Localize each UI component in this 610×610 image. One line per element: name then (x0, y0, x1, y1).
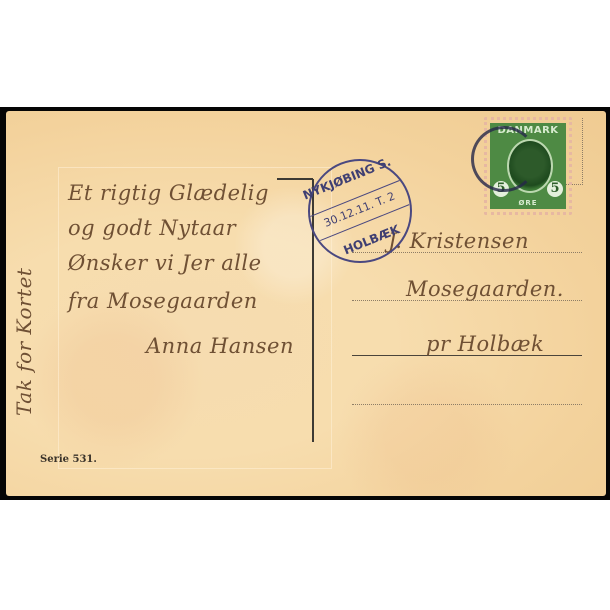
stamp-cancel-mark (471, 126, 537, 192)
signature: Anna Hansen (146, 334, 294, 358)
message-line-1: Et rigtig Glædelig (68, 181, 269, 205)
message-line-3: Ønsker vi Jer alle (68, 251, 262, 275)
address-farm: Mosegaarden. (406, 277, 564, 301)
address-town: pr Holbæk (426, 332, 544, 356)
stamp-denomination: ØRE (490, 199, 566, 207)
side-note: Tak for Kortet (12, 268, 36, 416)
message-line-2: og godt Nytaar (68, 216, 236, 240)
embossed-decoration (58, 167, 332, 469)
stamp-value-right: 5 (547, 181, 563, 197)
postcard: Tak for Kortet Et rigtig Glædelig og god… (6, 111, 606, 496)
message-line-4: fra Mosegaarden (68, 289, 258, 313)
series-label: Serie 531. (40, 454, 97, 465)
address-line-4 (352, 404, 582, 405)
